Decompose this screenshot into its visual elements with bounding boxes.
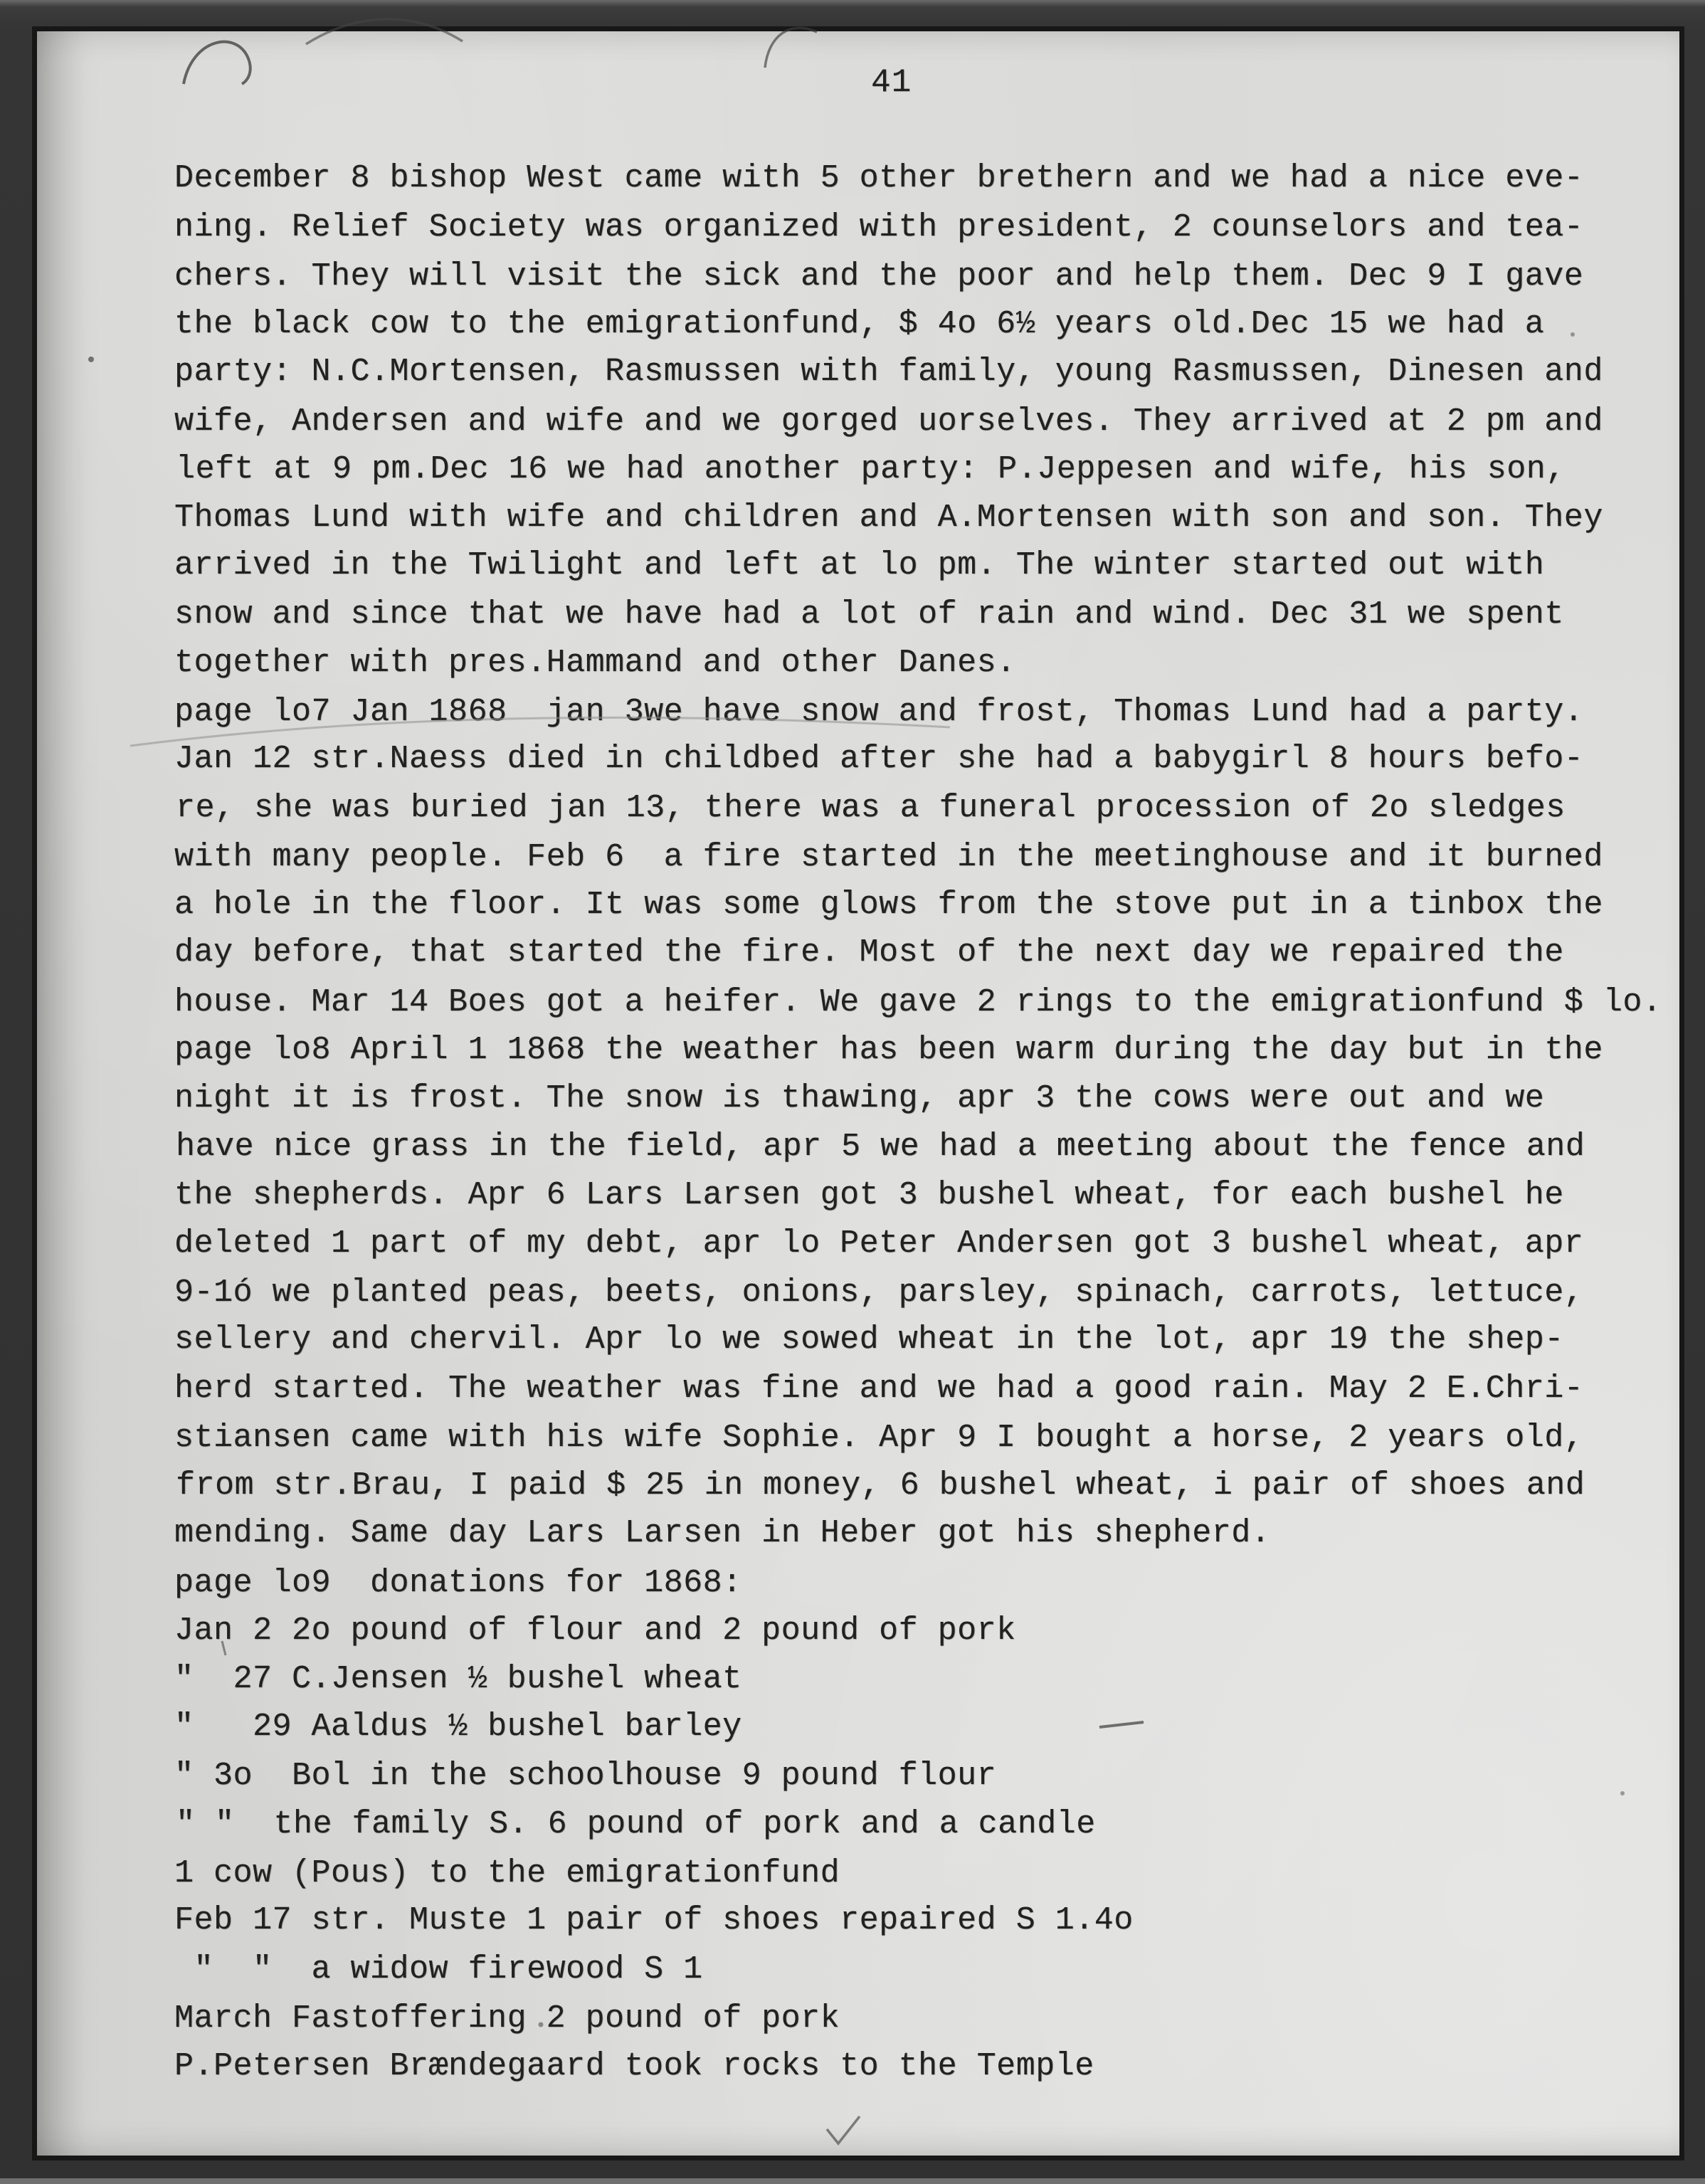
text-line: party: N.C.Mortensen, Rasmussen with fam… bbox=[174, 348, 1679, 396]
text-line: 9-1ó we planted peas, beets, onions, par… bbox=[174, 1269, 1679, 1317]
text-line: have nice grass in the field, apr 5 we h… bbox=[176, 1123, 1681, 1171]
text-line: " 29 Aaldus ½ bushel barley bbox=[174, 1703, 1679, 1751]
text-line: March Fastoffering 2 pound of pork bbox=[174, 1995, 1679, 2043]
scanned-page: 41 December 8 bishop West came with 5 ot… bbox=[0, 0, 1705, 2184]
text-line: mending. Same day Lars Larsen in Heber g… bbox=[174, 1509, 1679, 1558]
text-line: house. Mar 14 Boes got a heifer. We gave… bbox=[174, 978, 1679, 1027]
text-line: with many people. Feb 6 a fire started i… bbox=[174, 833, 1679, 882]
text-line: wife, Andersen and wife and we gorged uo… bbox=[174, 398, 1679, 446]
text-line: " " a widow firewood S 1 bbox=[174, 1946, 1679, 1994]
text-line: night it is frost. The snow is thawing, … bbox=[174, 1075, 1679, 1123]
text-line: together with pres.Hammand and other Dan… bbox=[174, 639, 1679, 687]
text-line: chers. They will visit the sick and the … bbox=[174, 253, 1679, 301]
text-line: sellery and chervil. Apr lo we sowed whe… bbox=[174, 1316, 1679, 1364]
text-line: page lo7 Jan 1868 jan 3we have snow and … bbox=[174, 688, 1679, 737]
text-line: deleted 1 part of my debt, apr lo Peter … bbox=[174, 1220, 1679, 1268]
text-line: stiansen came with his wife Sophie. Apr … bbox=[174, 1414, 1679, 1462]
page-number: 41 bbox=[871, 61, 912, 104]
paper: 41 December 8 bishop West came with 5 ot… bbox=[37, 31, 1679, 2156]
text-line: the black cow to the emigrationfund, $ 4… bbox=[174, 300, 1679, 349]
text-line: snow and since that we have had a lot of… bbox=[174, 591, 1679, 639]
text-line: ning. Relief Society was organized with … bbox=[174, 204, 1679, 252]
text-line: left at 9 pm.Dec 16 we had another party… bbox=[176, 445, 1681, 494]
text-line: re, she was buried jan 13, there was a f… bbox=[176, 784, 1681, 833]
text-line: page lo9 donations for 1868: bbox=[174, 1559, 1679, 1608]
text-line: a hole in the floor. It was some glows f… bbox=[174, 881, 1679, 929]
text-line: arrived in the Twilight and left at lo p… bbox=[174, 542, 1679, 590]
text-line: Feb 17 str. Muste 1 pair of shoes repair… bbox=[174, 1897, 1679, 1945]
text-line: from str.Brau, I paid $ 25 in money, 6 b… bbox=[176, 1462, 1681, 1510]
text-line: 1 cow (Pous) to the emigrationfund bbox=[174, 1850, 1679, 1898]
text-line: Jan 2 2o pound of flour and 2 pound of p… bbox=[174, 1607, 1679, 1655]
text-line: the shepherds. Apr 6 Lars Larsen got 3 b… bbox=[174, 1171, 1679, 1220]
text-line: December 8 bishop West came with 5 other… bbox=[174, 154, 1679, 203]
text-line: P.Petersen Brændegaard took rocks to the… bbox=[174, 2042, 1679, 2091]
text-line: day before, that started the fire. Most … bbox=[174, 929, 1679, 977]
text-line: Thomas Lund with wife and children and A… bbox=[174, 494, 1679, 542]
text-line: page lo8 April 1 1868 the weather has be… bbox=[174, 1026, 1679, 1075]
text-line: " 27 C.Jensen ½ bushel wheat bbox=[174, 1655, 1679, 1704]
text-line: Jan 12 str.Naess died in childbed after … bbox=[174, 735, 1679, 784]
text-line: " " the family S. 6 pound of pork and a … bbox=[176, 1800, 1681, 1849]
text-line: herd started. The weather was fine and w… bbox=[174, 1365, 1679, 1413]
typewritten-text: December 8 bishop West came with 5 other… bbox=[174, 155, 1679, 2091]
text-line: " 3o Bol in the schoolhouse 9 pound flou… bbox=[174, 1752, 1679, 1800]
